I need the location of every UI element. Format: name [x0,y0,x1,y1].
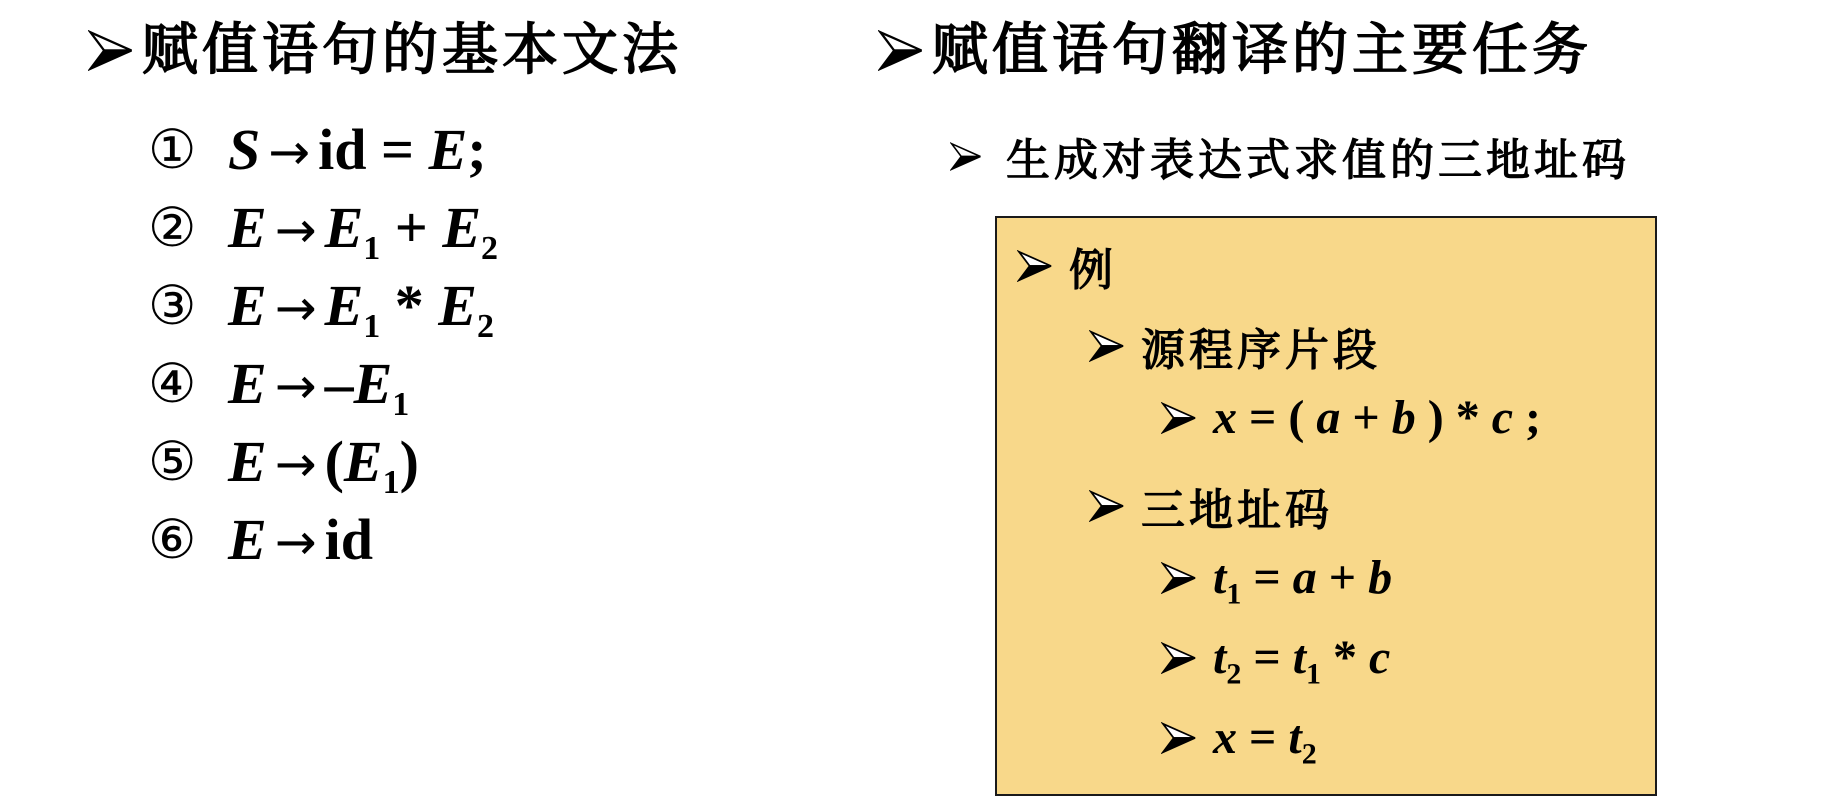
arrow-bullet-icon [1161,642,1197,674]
right-arrow-icon: → [275,435,317,493]
source-label: 源程序片段 [1141,314,1381,378]
tac-code: x = t2 [1213,714,1317,762]
rule-production: E→(E1) [228,433,419,491]
rule-production: E→–E1 [228,355,409,413]
rule-number: ② [148,201,228,255]
tac-line-1: t1 = a + b [1161,554,1392,602]
rule-number: ④ [148,357,228,411]
right-arrow-icon: → [275,357,317,415]
example-label: 例 [1069,234,1117,298]
rule-production: E→E1 * E2 [228,277,494,335]
rule-production: S→id = E; [228,121,487,179]
task-subheading-text: 生成对表达式求值的三地址码 [1006,124,1630,188]
grammar-heading: 赋值语句的基本文法 [88,22,682,78]
arrow-bullet-icon [1161,402,1197,434]
arrow-bullet-icon [1089,490,1125,522]
grammar-rule: ④E→–E1 [148,354,498,414]
arrow-bullet-icon [1017,250,1053,282]
example-box: 例 源程序片段 x = ( a + b ) * c ; 三地址码 [995,216,1657,796]
right-arrow-icon: → [275,279,317,337]
arrow-bullet-icon [1161,562,1197,594]
rule-number: ① [148,123,228,177]
arrow-bullet-icon [1089,330,1125,362]
tac-code: t2 = t1 * c [1213,634,1390,682]
right-arrow-icon: → [275,201,317,259]
source-label-line: 源程序片段 [1089,314,1381,378]
tac-line-3: x = t2 [1161,714,1317,762]
tac-label-line: 三地址码 [1089,474,1333,538]
right-arrow-icon: → [268,123,310,181]
grammar-rule: ③E→E1 * E2 [148,276,498,336]
source-code: x = ( a + b ) * c ; [1213,394,1541,442]
task-heading-text: 赋值语句翻译的主要任务 [932,22,1592,78]
rule-number: ⑥ [148,513,228,567]
grammar-heading-text: 赋值语句的基本文法 [142,22,682,78]
rule-number: ③ [148,279,228,333]
source-code-line: x = ( a + b ) * c ; [1161,394,1541,442]
tac-code: t1 = a + b [1213,554,1392,602]
grammar-rule: ⑤E→(E1) [148,432,498,492]
arrow-bullet-icon [1161,722,1197,754]
grammar-rule: ②E→E1 + E2 [148,198,498,258]
rule-number: ⑤ [148,435,228,489]
arrow-bullet-icon [950,142,982,171]
example-label-line: 例 [1017,234,1117,298]
arrow-bullet-icon [878,30,924,71]
grammar-rule: ①S→id = E; [148,120,498,180]
grammar-rules: ①S→id = E;②E→E1 + E2③E→E1 * E2④E→–E1⑤E→(… [148,120,498,588]
grammar-rule: ⑥E→id [148,510,498,570]
tac-label: 三地址码 [1141,474,1333,538]
rule-production: E→E1 + E2 [228,199,498,257]
task-subheading: 生成对表达式求值的三地址码 [950,124,1630,188]
rule-production: E→id [228,511,373,569]
tac-line-2: t2 = t1 * c [1161,634,1390,682]
task-heading: 赋值语句翻译的主要任务 [878,22,1592,78]
arrow-bullet-icon [88,30,134,71]
right-arrow-icon: → [275,513,317,571]
